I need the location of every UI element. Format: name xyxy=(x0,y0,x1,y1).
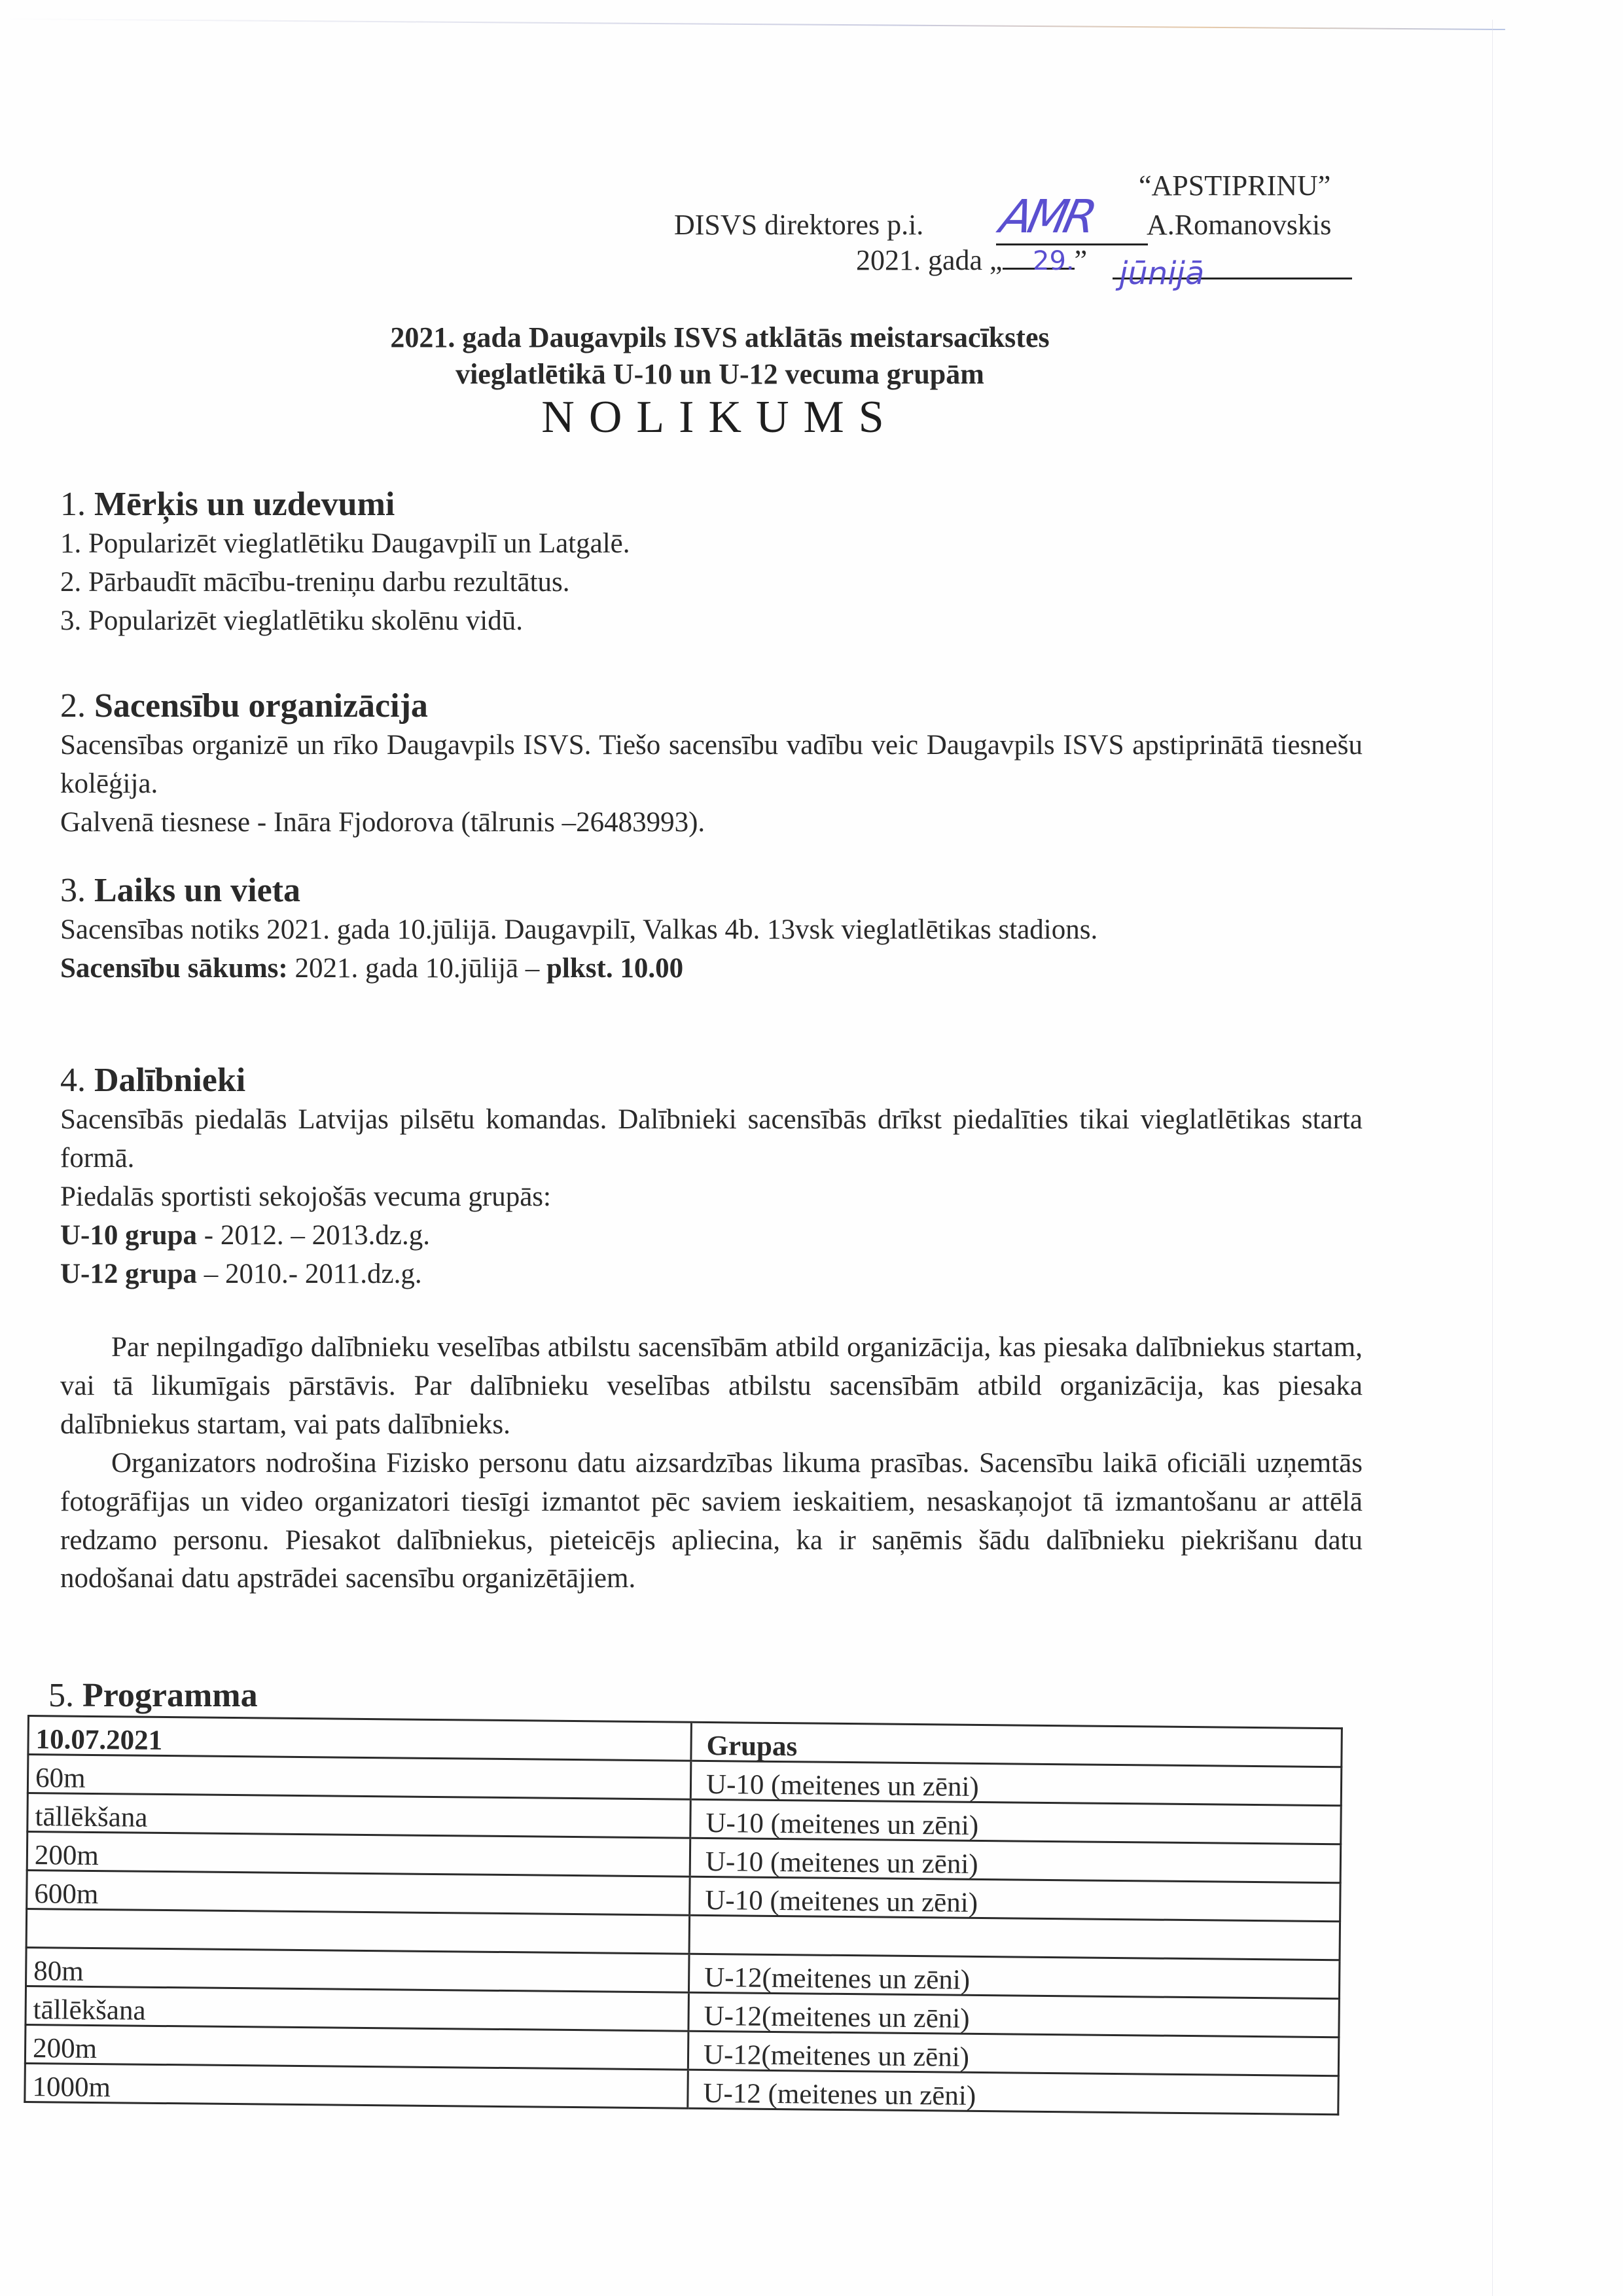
section-heading: 4. Dalībnieki xyxy=(60,1060,1363,1101)
group-cell: U-10 (meitenes un zēni) xyxy=(690,1799,1342,1844)
event-cell: 200m xyxy=(25,2024,688,2070)
goal-item: 3. Popularizēt vieglatlētiku skolēnu vid… xyxy=(60,602,1363,641)
section-organization: 2. Sacensību organizācija Sacensības org… xyxy=(60,686,1363,842)
handwritten-month: jūnijā xyxy=(1119,255,1204,292)
event-cell: tāllēkšana xyxy=(26,1986,689,2031)
approver-name: A.Romanovskis xyxy=(1147,208,1331,243)
header-groups: Grupas xyxy=(691,1722,1342,1767)
event-cell: 600m xyxy=(27,1871,690,1916)
age-groups-intro: Piedalās sportisti sekojošās vecuma grup… xyxy=(60,1178,1363,1217)
organization-text: Sacensības organizē un rīko Daugavpils I… xyxy=(60,726,1363,804)
section-heading: 3. Laiks un vieta xyxy=(60,870,1363,911)
date-suffix: ” xyxy=(1075,244,1088,276)
program-table: 10.07.2021 Grupas 60mU-10 (meitenes un z… xyxy=(24,1715,1343,2115)
event-cell: 60m xyxy=(27,1755,691,1800)
venue-text: Sacensības notiks 2021. gada 10.jūlijā. … xyxy=(60,911,1363,950)
data-protection-text: Organizators nodrošina Fizisko personu d… xyxy=(60,1444,1363,1599)
health-responsibility-text: Par nepilngadīgo dalībnieku veselības at… xyxy=(60,1329,1363,1444)
group-cell: U-12 (meitenes un zēni) xyxy=(688,2070,1339,2115)
document-title: NOLIKUMS xyxy=(262,391,1178,444)
age-group-u12: U-12 grupa – 2010.- 2011.dz.g. xyxy=(60,1255,1363,1294)
handwritten-day: 29. xyxy=(1033,246,1075,276)
heading-line-2: vieglatlētikā U-10 un U-12 vecuma grupām xyxy=(262,356,1178,393)
start-time-text: Sacensību sākums: 2021. gada 10.jūlijā –… xyxy=(60,950,1363,988)
chief-judge-text: Galvenā tiesnese - Ināra Fjodorova (tālr… xyxy=(60,804,1363,842)
event-cell: 80m xyxy=(26,1947,690,1992)
section-participants-terms: Par nepilngadīgo dalībnieku veselības at… xyxy=(60,1329,1363,1598)
document-page: “APSTIPRINU” DISVS direktores p.i. AMR A… xyxy=(0,0,1623,2296)
date-prefix: 2021. gada „ xyxy=(856,244,1003,276)
scan-edge-line xyxy=(0,18,1505,30)
header-date: 10.07.2021 xyxy=(28,1716,692,1761)
goal-item: 2. Pārbaudīt mācību-treniņu darbu rezult… xyxy=(60,564,1363,602)
section-goals: 1. Mērķis un uzdevumi 1. Popularizēt vie… xyxy=(60,484,1363,641)
section-participants: 4. Dalībnieki Sacensībās piedalās Latvij… xyxy=(60,1060,1363,1294)
document-heading: 2021. gada Daugavpils ISVS atklātās meis… xyxy=(262,319,1178,393)
event-cell: tāllēkšana xyxy=(27,1793,691,1839)
group-cell xyxy=(689,1915,1340,1960)
goal-item: 1. Popularizēt vieglatlētiku Daugavpilī … xyxy=(60,525,1363,564)
event-cell: 200m xyxy=(27,1832,690,1877)
event-cell: 1000m xyxy=(25,2063,688,2108)
section-time-place: 3. Laiks un vieta Sacensības notiks 2021… xyxy=(60,870,1363,988)
section-heading: 1. Mērķis un uzdevumi xyxy=(60,484,1363,525)
group-cell: U-12(meitenes un zēni) xyxy=(688,1992,1340,2037)
approver-position: DISVS direktores p.i. xyxy=(674,208,923,243)
section-heading: 2. Sacensību organizācija xyxy=(60,686,1363,726)
group-cell: U-10 (meitenes un zēni) xyxy=(690,1761,1342,1806)
approval-label: “APSTIPRINU” xyxy=(1139,169,1330,204)
group-cell: U-12(meitenes un zēni) xyxy=(688,1954,1340,1999)
group-cell: U-10 (meitenes un zēni) xyxy=(690,1876,1341,1922)
participants-text: Sacensībās piedalās Latvijas pilsētu kom… xyxy=(60,1101,1363,1178)
heading-line-1: 2021. gada Daugavpils ISVS atklātās meis… xyxy=(262,319,1178,356)
section-program: 5. Programma xyxy=(48,1676,1351,1716)
group-cell: U-12(meitenes un zēni) xyxy=(688,2031,1339,2076)
scan-edge-right xyxy=(1492,20,1493,2296)
section-heading: 5. Programma xyxy=(48,1676,1351,1716)
handwritten-signature: AMR xyxy=(995,190,1097,243)
group-cell: U-10 (meitenes un zēni) xyxy=(690,1838,1341,1883)
age-group-u10: U-10 grupa - 2012. – 2013.dz.g. xyxy=(60,1217,1363,1255)
event-cell xyxy=(26,1909,690,1954)
